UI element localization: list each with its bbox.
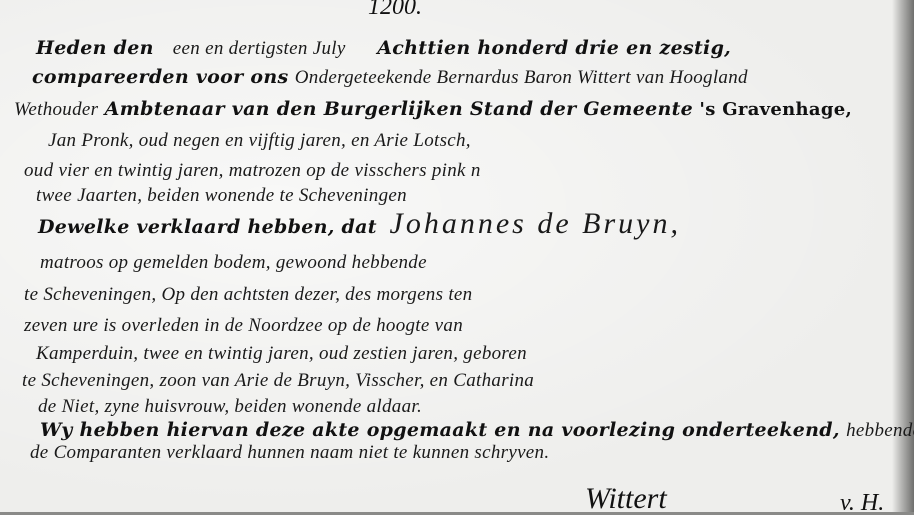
line-10: zeven ure is overleden in de Noordzee op… — [24, 313, 463, 338]
line-3: Wethouder Ambtenaar van den Burgerlijken… — [14, 97, 852, 122]
printed-text: Wy hebben hiervan deze akte opgemaakt en… — [40, 419, 840, 441]
official-signature: Wittert — [585, 482, 667, 515]
printed-text: Achttien honderd drie en zestig, — [377, 37, 731, 59]
handwritten-text: Kamperduin, twee en twintig jaren, oud z… — [36, 343, 527, 364]
handwritten-text: Wethouder — [14, 99, 98, 120]
signature-suffix: v. H. — [840, 490, 884, 515]
line-12: te Scheveningen, zoon van Arie de Bruyn,… — [22, 368, 534, 393]
printed-text: Ambtenaar van den Burgerlijken Stand der… — [105, 98, 693, 120]
handwritten-text: een en dertigsten July — [173, 38, 346, 59]
line-6: twee Jaarten, beiden wonende te Scheveni… — [36, 183, 407, 208]
line-2: compareerden voor ons Ondergeteekende Be… — [32, 65, 748, 90]
handwritten-text: Jan Pronk, oud negen en vijftig jaren, e… — [48, 130, 471, 151]
printed-text: compareerden voor ons — [32, 66, 288, 88]
handwritten-text: twee Jaarten, beiden wonende te Scheveni… — [36, 185, 407, 206]
handwritten-text: matroos op gemelden bodem, gewoond hebbe… — [40, 252, 427, 273]
line-11: Kamperduin, twee en twintig jaren, oud z… — [36, 341, 527, 366]
scanned-document-page: 1200. Heden den een en dertigsten July A… — [0, 0, 914, 515]
line-9: te Scheveningen, Op den achtsten dezer, … — [24, 282, 472, 307]
handwritten-text: zeven ure is overleden in de Noordzee op… — [24, 315, 463, 336]
handwritten-text: hebbende — [846, 420, 914, 441]
line-4: Jan Pronk, oud negen en vijftig jaren, e… — [48, 128, 471, 153]
line-8: matroos op gemelden bodem, gewoond hebbe… — [40, 250, 427, 275]
line-15: de Comparanten verklaard hunnen naam nie… — [30, 440, 549, 465]
line-1: Heden den een en dertigsten July Achttie… — [36, 36, 731, 61]
handwritten-text: te Scheveningen, zoon van Arie de Bruyn,… — [22, 370, 534, 391]
line-13: de Niet, zyne huisvrouw, beiden wonende … — [38, 394, 422, 419]
handwritten-text: de Niet, zyne huisvrouw, beiden wonende … — [38, 396, 422, 417]
line-5: oud vier en twintig jaren, matrozen op d… — [24, 158, 481, 183]
printed-municipality: 's Gravenhage, — [699, 99, 852, 120]
handwritten-text: Ondergeteekende Bernardus Baron Wittert … — [295, 67, 748, 88]
handwritten-text: oud vier en twintig jaren, matrozen op d… — [24, 160, 481, 181]
printed-text: Dewelke verklaard hebben, dat — [38, 216, 377, 238]
record-number: 1200. — [368, 0, 422, 21]
printed-text: Heden den — [36, 37, 154, 59]
deceased-name: Johannes de Bruyn, — [390, 207, 681, 240]
handwritten-text: de Comparanten verklaard hunnen naam nie… — [30, 442, 549, 463]
line-7: Dewelke verklaard hebben, dat Johannes d… — [38, 212, 681, 239]
handwritten-text: te Scheveningen, Op den achtsten dezer, … — [24, 284, 472, 305]
